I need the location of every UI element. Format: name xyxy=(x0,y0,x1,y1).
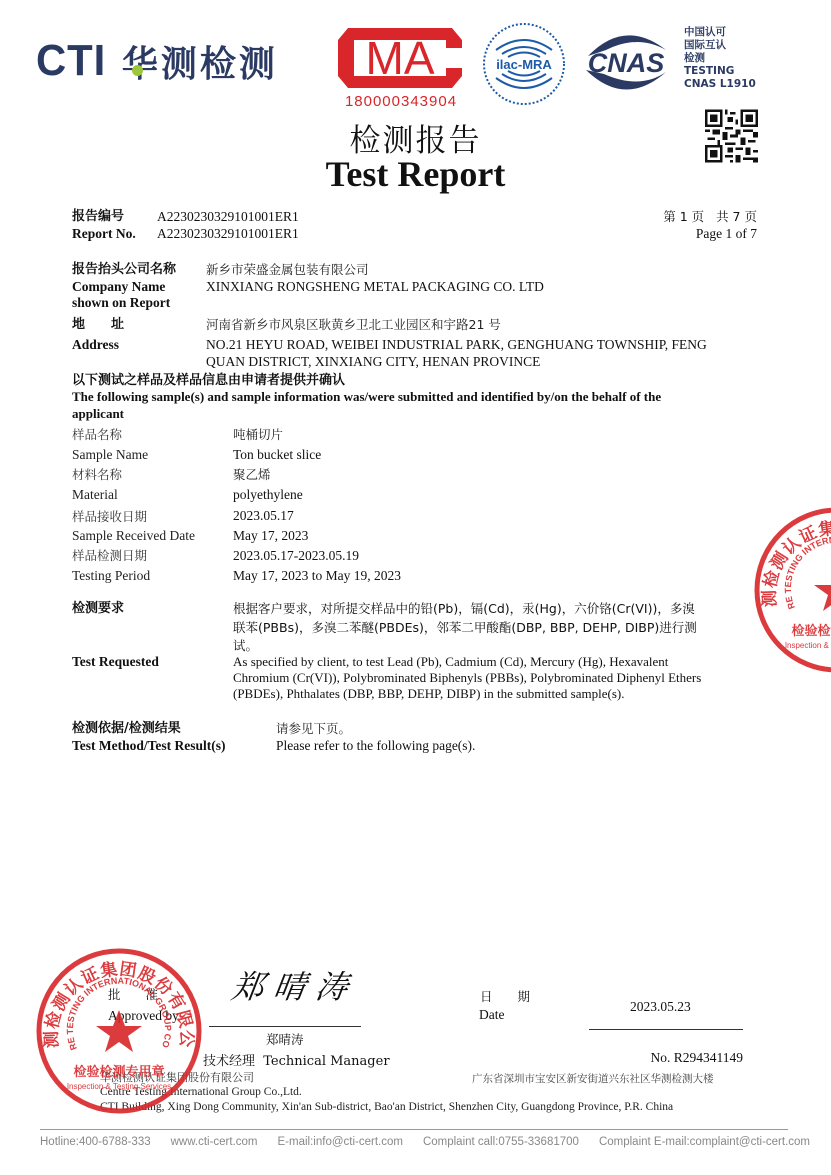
svg-text:MA: MA xyxy=(366,32,435,84)
received-date-label-en: Sample Received Date xyxy=(72,528,195,544)
testing-period-label-en: Testing Period xyxy=(72,568,150,584)
date-line xyxy=(589,1029,743,1030)
svg-text:Inspection & Testing Services: Inspection & Testing Services xyxy=(785,641,831,650)
company-label-en-2: shown on Report xyxy=(72,295,170,311)
cnas-caption-line: 检测 xyxy=(684,52,756,65)
received-date-label-cn: 样品接收日期 xyxy=(72,509,147,525)
sample-notice-en: The following sample(s) and sample infor… xyxy=(72,389,661,405)
test-requested-label-en: Test Requested xyxy=(72,654,159,670)
sample-notice-cn: 以下测试之样品及样品信息由申请者提供并确认 xyxy=(72,373,345,389)
report-no-label-cn: 报告编号 xyxy=(72,209,124,225)
test-method-value-cn: 请参见下页。 xyxy=(276,721,351,737)
signature: 郑晴涛 xyxy=(229,962,361,1008)
company-label-cn: 报告抬头公司名称 xyxy=(72,262,176,278)
company-footer-address-cn: 广东省深圳市宝安区新安街道兴东社区华测检测大楼 xyxy=(472,1071,714,1086)
material-label-cn: 材料名称 xyxy=(72,467,122,483)
date-value: 2023.05.23 xyxy=(630,999,691,1015)
sample-name-label-en: Sample Name xyxy=(72,447,148,463)
cnas-caption-line: TESTING xyxy=(684,65,756,78)
sample-name-value-en: Ton bucket slice xyxy=(233,447,321,463)
sample-name-label-cn: 样品名称 xyxy=(72,427,122,443)
cti-logo-dot xyxy=(132,65,143,76)
cti-logo-latin: CTI xyxy=(36,36,106,86)
cti-logo: CTI 华测检测 xyxy=(36,36,278,86)
cma-number: 180000343904 xyxy=(334,93,468,110)
test-requested-value-cn: 根据客户要求，对所提交样品中的铅(Pb)，镉(Cd)，汞(Hg)，六价铬(Cr(… xyxy=(233,601,695,617)
sample-notice-en-2: applicant xyxy=(72,406,124,422)
address-label-cn: 地 址 xyxy=(72,317,124,333)
footer-complaint-call: Complaint call:0755-33681700 xyxy=(423,1136,579,1148)
sample-name-value-cn: 吨桶切片 xyxy=(233,427,283,443)
company-label-en: Company Name xyxy=(72,279,165,295)
test-method-label-en: Test Method/Test Result(s) xyxy=(72,738,226,754)
footer-divider xyxy=(40,1129,788,1130)
page-indicator-en: Page 1 of 7 xyxy=(600,226,757,242)
test-requested-value-en-3: (PBDEs), Phthalates (DBP, BBP, DEHP, DIB… xyxy=(233,686,624,702)
page-footer: Hotline:400-6788-333 www.cti-cert.com E-… xyxy=(40,1136,800,1148)
footer-hotline: Hotline:400-6788-333 xyxy=(40,1136,151,1148)
cnas-logo: CNAS xyxy=(578,26,673,96)
received-date-value-cn: 2023.05.17 xyxy=(233,508,294,524)
certificate-number: No. R294341149 xyxy=(600,1050,743,1066)
svg-text:Inspection & Testing Services: Inspection & Testing Services xyxy=(67,1082,171,1091)
svg-text:检验检测专用章: 检验检测专用章 xyxy=(791,623,831,639)
approver-title: 技术经理 Technical Manager xyxy=(203,1050,390,1069)
company-value-cn: 新乡市荣盛金属包装有限公司 xyxy=(206,262,369,278)
footer-complaint-email-link[interactable]: Complaint E-mail:complaint@cti-cert.com xyxy=(599,1136,810,1148)
cnas-caption: 中国认可 国际互认 检测 TESTING CNAS L1910 xyxy=(684,26,756,91)
test-requested-label-cn: 检测要求 xyxy=(72,601,124,617)
edge-seal-stamp: 华测检测认证集团股份有限公司 CENTRE TESTING INTERNATIO… xyxy=(752,505,831,675)
date-label-cn: 日 期 xyxy=(480,989,530,1005)
approver-name-cn: 郑晴涛 xyxy=(266,1032,304,1048)
report-no-value-cn: A2230230329101001ER1 xyxy=(157,209,299,225)
address-value-cn: 河南省新乡市风泉区耿黄乡卫北工业园区和宇路21 号 xyxy=(206,317,501,333)
address-value-en: NO.21 HEYU ROAD, WEIBEI INDUSTRIAL PARK,… xyxy=(206,337,707,353)
footer-website-link[interactable]: www.cti-cert.com xyxy=(171,1136,258,1148)
test-requested-value-en-2: Chromium (Cr(VI)), Polybrominated Biphen… xyxy=(233,670,701,686)
date-label-en: Date xyxy=(479,1007,504,1023)
company-seal-stamp: 华测检测认证集团股份有限公司 CENTRE TESTING INTERNATIO… xyxy=(34,946,204,1116)
svg-text:ilac-MRA: ilac-MRA xyxy=(496,57,552,72)
page-indicator-cn: 第 1 页 共 7 页 xyxy=(600,209,757,225)
testing-period-value-cn: 2023.05.17-2023.05.19 xyxy=(233,548,359,564)
test-requested-value-en: As specified by client, to test Lead (Pb… xyxy=(233,654,668,670)
ilac-mra-logo: ilac-MRA xyxy=(482,22,566,106)
material-value-cn: 聚乙烯 xyxy=(233,467,271,483)
title-en: Test Report xyxy=(0,153,831,195)
test-method-value-en: Please refer to the following page(s). xyxy=(276,738,475,754)
svg-text:检验检测专用章: 检验检测专用章 xyxy=(73,1064,164,1080)
address-value-en-2: QUAN DISTRICT, XINXIANG CITY, HENAN PROV… xyxy=(206,354,540,370)
testing-period-value-en: May 17, 2023 to May 19, 2023 xyxy=(233,568,401,584)
page-indicator: 第 1 页 共 7 页 Page 1 of 7 xyxy=(600,209,757,242)
cnas-caption-line: CNAS L1910 xyxy=(684,78,756,91)
cnas-caption-line: 中国认可 xyxy=(684,26,756,39)
material-label-en: Material xyxy=(72,487,118,503)
footer-email-link[interactable]: E-mail:info@cti-cert.com xyxy=(278,1136,403,1148)
test-requested-value-cn-2: 联苯(PBBs)，多溴二苯醚(PBDEs)，邻苯二甲酸酯(DBP, BBP, D… xyxy=(233,620,697,636)
received-date-value-en: May 17, 2023 xyxy=(233,528,308,544)
report-no-value-en: A2230230329101001ER1 xyxy=(157,226,299,242)
svg-text:CNAS: CNAS xyxy=(588,48,665,78)
address-label-en: Address xyxy=(72,337,119,353)
test-method-label-cn: 检测依据/检测结果 xyxy=(72,721,181,737)
report-no-label-en: Report No. xyxy=(72,226,136,242)
testing-period-label-cn: 样品检测日期 xyxy=(72,548,147,564)
company-value-en: XINXIANG RONGSHENG METAL PACKAGING CO. L… xyxy=(206,279,544,295)
signature-line xyxy=(209,1026,361,1027)
cnas-caption-line: 国际互认 xyxy=(684,39,756,52)
cti-logo-cn: 华测检测 xyxy=(122,36,278,87)
material-value-en: polyethylene xyxy=(233,487,303,503)
test-requested-value-cn-3: 试。 xyxy=(233,638,258,654)
cma-logo: MA xyxy=(334,22,466,94)
